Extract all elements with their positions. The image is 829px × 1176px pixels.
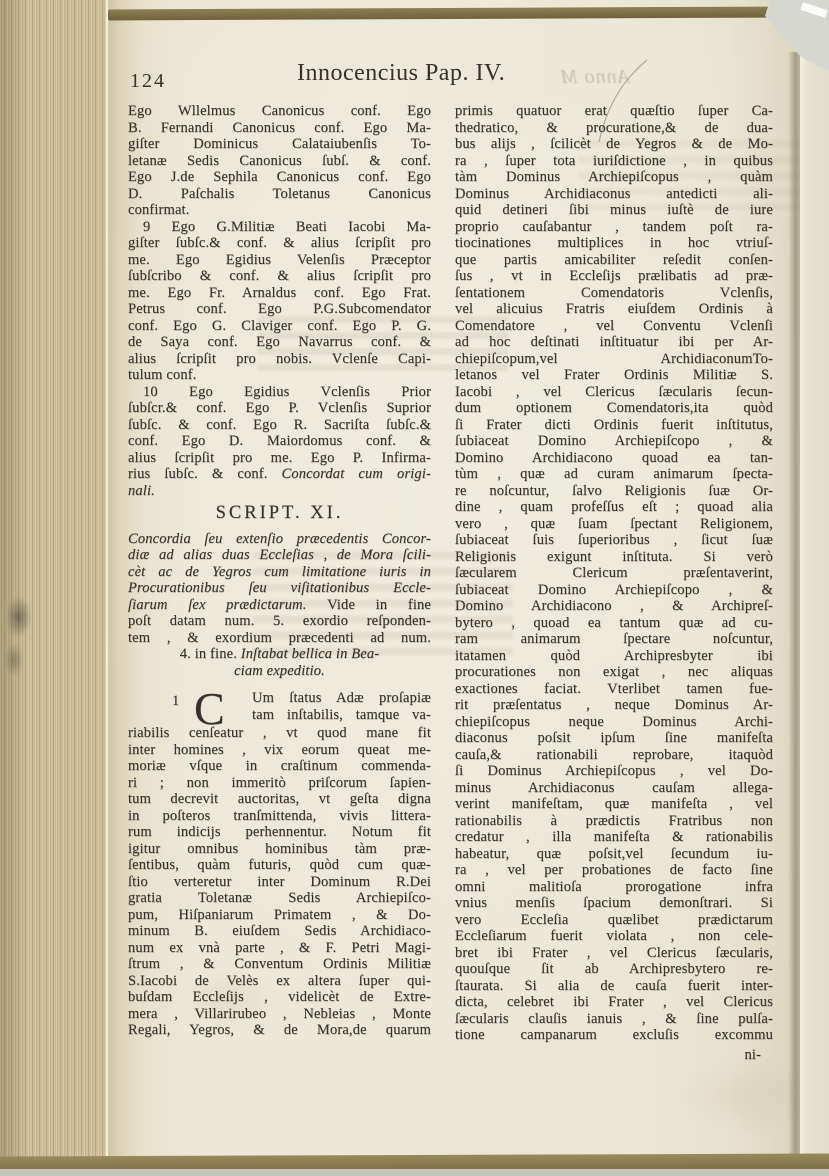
text-line: Petrus conf. Ego P.G.Subcomendator [128,301,431,318]
text-fragment: 4. in fine. [180,646,241,662]
text-line: giſter ſubſc.& conf. & alius ſcripſit pr… [128,235,431,252]
text-line: itatamen quòd Archipresbyter ibi [455,648,773,665]
text-line: tione campanarum excluſis excommu [455,1027,773,1044]
text-line: me. Ego Fr. Arnaldus conf. Ego Frat. [128,285,431,302]
text-line: vero Eccleſia quælibet prædictarum [455,912,773,929]
text-line: diæ ad alias duas Eccleſias , de Mora ſc… [128,547,431,564]
text-line: in poſteros tranſmittenda, vivis littera… [128,808,431,825]
text-line: exactiones faciat. Vterlibet tamen fue- [455,681,773,698]
text-line: verint manifeſtam, quæ manifeſta , vel [455,796,773,813]
text-line: ſus , vt in Eccleſijs prælibatis ad præ- [455,268,773,285]
text-line: diaconus poſsit ipſum ſine manifeſta [455,730,773,747]
text-line: dicta, celebret ibi Frater , vel Clericu… [455,994,773,1011]
text-line: inter homines , vix eorum queat me- [128,742,431,759]
text-line: 4. in fine. Inſtabat bellica in Bea- [128,646,431,663]
text-line: ſtrum , & Conventum Ordinis Militiæ [128,956,431,973]
text-line: quouſque ſit ab Archipresbytero re- [455,961,773,978]
text-line: ram animarum ſpectare noſcuntur, [455,631,773,648]
facing-page-sliver [800,40,829,1176]
text-line: 9 Ego G.Militiæ Beati Iacobi Ma- [128,219,431,236]
text-line: nali. [128,483,431,500]
text-line: cauſa,& rationabili reprobare, itaquòd [455,747,773,764]
text-line: ſtaurata. Si alia de cauſa fuerit inter- [455,978,773,995]
text-fragment: Vide in fine [327,597,431,613]
drop-cap-paragraph: 1CUm ſtatus Adæ proſapiætam inſtabilis, … [128,690,431,725]
text-line: tem , & exordium præcedenti ad num. [128,630,431,647]
text-line: tùm , quæ ad curam animarum ſpecta- [455,466,773,483]
text-line: ſentationem Comendatoris Vclenſis, [455,285,773,302]
text-line: B. Fernandi Canonicus conf. Ego Ma- [128,120,431,137]
text-line: ad hoc deſtinati inſtituatur ibi per Ar- [455,334,773,351]
text-line: rius ſubſc. & conf. Concordat cum origi- [128,466,431,483]
ink-smudge [0,588,46,684]
text-line: minus Archidiaconus cauſam allega- [455,780,773,797]
text-line: conf. Ego G. Claviger conf. Ego P. G. [128,318,431,335]
text-line: quid detineri ſibi minus iuſtè de iure [455,202,773,219]
text-line: Ego Wllelmus Canonicus conf. Ego [128,103,431,120]
text-line: Concordia ſeu extenſio præcedentis Conco… [128,531,431,548]
text-line: Um ſtatus Adæ proſapiæ [252,690,431,707]
scanner-background-bottom [0,1169,829,1176]
text-line: num ex vnà parte , & F. Petri Magi- [128,940,431,957]
text-line: tum decrevit auctoritas, vt geſta digna [128,791,431,808]
text-line: vnius menſis ſpacium demonſtrari. Si [455,895,773,912]
text-line: gratia Toletanæ Sedis Archiepiſco- [128,890,431,907]
text-line: confirmat. [128,202,431,219]
text-line: D. Paſchalis Toletanus Canonicus [128,186,431,203]
text-line: ſubiaceat Domino Archiepiſcopo , & [455,433,773,450]
text-fragment: Concordat cum origi- [282,466,431,482]
text-line: 10 Ego Egidius Vclenſis Prior [128,384,431,401]
catchword: ni- [455,1047,773,1064]
text-line: cèt ac de Yegros cum limitatione iuris i… [128,564,431,581]
text-line: ſi Frater dicti Ordinis fuerit inſtitutu… [455,417,773,434]
text-line: tàm Dominus Archiepiſcopus , quàm [455,169,773,186]
text-line: procurationes non exigat , nec aliquas [455,664,773,681]
text-line: rum indicijs perhennentur. Notum fit [128,824,431,841]
text-line: que partis amicabiliter reſedit conſen- [455,252,773,269]
text-line: ra , vel per probationes de facto ſine [455,862,773,879]
text-line: letanæ Sedis Canonicus ſubſ. & conf. [128,153,431,170]
text-line: ſubſcr.& conf. Ego P. Vclenſis Suprior [128,400,431,417]
text-line: minum B. eiuſdem Sedis Archidiaco- [128,923,431,940]
text-line: igitur omnibus hominibus tàm præ- [128,841,431,858]
text-line: chiepiſcopus neque Dominus Archi- [455,714,773,731]
text-line: ſiarum ſex prædictarum. Vide in fine [128,597,431,614]
text-line: bus alijs , ſcilicèt de Yegros & de Mo- [455,136,773,153]
text-line: Regali, Yegros, & de Mora,de quarum [128,1022,431,1039]
text-line: bytero , quoad ea tantum quæ ad cu- [455,615,773,632]
text-line: mera , Villarirubeo , Nebleias , Monte [128,1006,431,1023]
text-line: riabilis cenſeatur , vt quod mane fit [128,725,431,742]
text-line: me. Ego Egidius Velenſis Præceptor [128,252,431,269]
text-line: ſubſc. & conf. Ego R. Sacriſta ſubſc.& [128,417,431,434]
text-line: Ego J.de Sephila Canonicus conf. Ego [128,169,431,186]
text-line: Comendatore , vel Conventu Vclenſi [455,318,773,335]
text-line: Domino Archidiacono quoad ea tan- [455,450,773,467]
text-line: ſubiaceat Domino Archiepiſcopo , & [455,582,773,599]
text-line: ſentibus, quàm futuris, quòd cum quæ- [128,857,431,874]
text-line: alius ſcripſit pro me. Ego P. Infirma- [128,450,431,467]
text-line: ſtio verteretur inter Dominum R.Dei [128,874,431,891]
text-line: re noſcuntur, ſalvo Religionis ſuæ Or- [455,483,773,500]
text-line: ſubiaceat ſuis ſuperioribus , ſicut ſuæ [455,532,773,549]
text-line: ſi Dominus Archiepiſcopus , vel Do- [455,763,773,780]
text-line: rit præſentatus , neque Dominus Ar- [455,697,773,714]
text-line: conf. Ego D. Maiordomus conf. & [128,433,431,450]
text-line: ſubſcribo & conf. & alius ſcripſit pro [128,268,431,285]
drop-cap: C [194,690,225,728]
text-line: moriæ vſque in craſtinum commenda- [128,758,431,775]
text-line: Dominus Archidiaconus antedicti ali- [455,186,773,203]
text-line: primis quatuor erat quæſtio ſuper Ca- [455,103,773,120]
text-column-left: Ego Wllelmus Canonicus conf. EgoB. Ferna… [128,103,431,1039]
text-line: ſæcularem Clericum præſentaverint, [455,565,773,582]
text-line: credatur , illa manifeſta & rationabilis [455,829,773,846]
text-line: chiepiſcopum,vel ArchidiaconumTo- [455,351,773,368]
paragraph-number: 1 [172,693,179,710]
text-fragment: rius ſubſc. & conf. [128,466,282,482]
text-line: pum, Hiſpaniarum Primatem , & Do- [128,907,431,924]
text-line: Religionis exigunt inſtituta. Si verò [455,549,773,566]
text-line: ri ; non immeritò priſcorum ſapien- [128,775,431,792]
text-line: ciam expeditio. [128,663,431,680]
text-line: Eccleſiarum fuerit violata , non cele- [455,928,773,945]
text-line: thedratico, & procuratione,& de dua- [455,120,773,137]
text-line: de Saya conf. Ego Navarrus conf. & [128,334,431,351]
text-line: omni malitioſa prorogatione infra [455,879,773,896]
text-column-right: primis quatuor erat quæſtio ſuper Ca-the… [455,103,773,1063]
text-line: Procurationibus ſeu viſitationibus Eccle… [128,580,431,597]
text-line: Iacobi , vel Clericus ſæcularis ſecun- [455,384,773,401]
page-number: 124 [130,70,166,93]
text-line: vero , quæ ſuam ſpectant Religionem, [455,516,773,533]
text-line: habeatur, quæ poſsit,vel ſecundum iu- [455,846,773,863]
text-fragment: Inſtabat bellica in Bea- [241,646,380,662]
text-line: dine , quam profeſſus eſt ; quoad alia [455,499,773,516]
text-line: buſdam Eccleſijs , videlicèt de Extre- [128,989,431,1006]
text-line: Domino Archidiacono , & Archipreſ- [455,598,773,615]
running-title: Innocencius Pap. IV. [297,60,505,87]
text-line: alius ſcripſit pro nobis. Vclenſe Capi- [128,351,431,368]
text-line: letanos vel Frater Ordinis Militiæ S. [455,367,773,384]
text-line: rationabilis à prædictis Fratribus non [455,813,773,830]
text-line: tiocinationes multiplices in hoc vtriuſ- [455,235,773,252]
book-page-scan: 124 Innocencius Pap. IV. Anno M Ego Wlle… [0,0,829,1176]
text-line: giſter Dominicus Calataiubenſis To- [128,136,431,153]
text-line: proprio cauſabantur , tandem poſt ra- [455,219,773,236]
text-line: vel alicuius Fratris eiuſdem Ordinis à [455,301,773,318]
text-line: dum optionem Comendatoris,ita quòd [455,400,773,417]
text-line: ra , ſuper tota iuriſdictione , in quibu… [455,153,773,170]
text-line: tulum conf. [128,367,431,384]
text-fragment: ſiarum ſex prædictarum. [128,597,327,613]
text-line: tam inſtabilis, tamque va- [252,707,431,724]
section-heading: SCRIPT. XI. [128,505,431,522]
text-line: ſæcularis clauſis ianuis , & ſine pulſa- [455,1011,773,1028]
text-line: S.Iacobi de Velès ex altera ſuper qui- [128,973,431,990]
text-line: bret ibi Frater , vel Clericus ſæcularis… [455,945,773,962]
text-line: poſt datam num. 5. exordio reſponden- [128,613,431,630]
